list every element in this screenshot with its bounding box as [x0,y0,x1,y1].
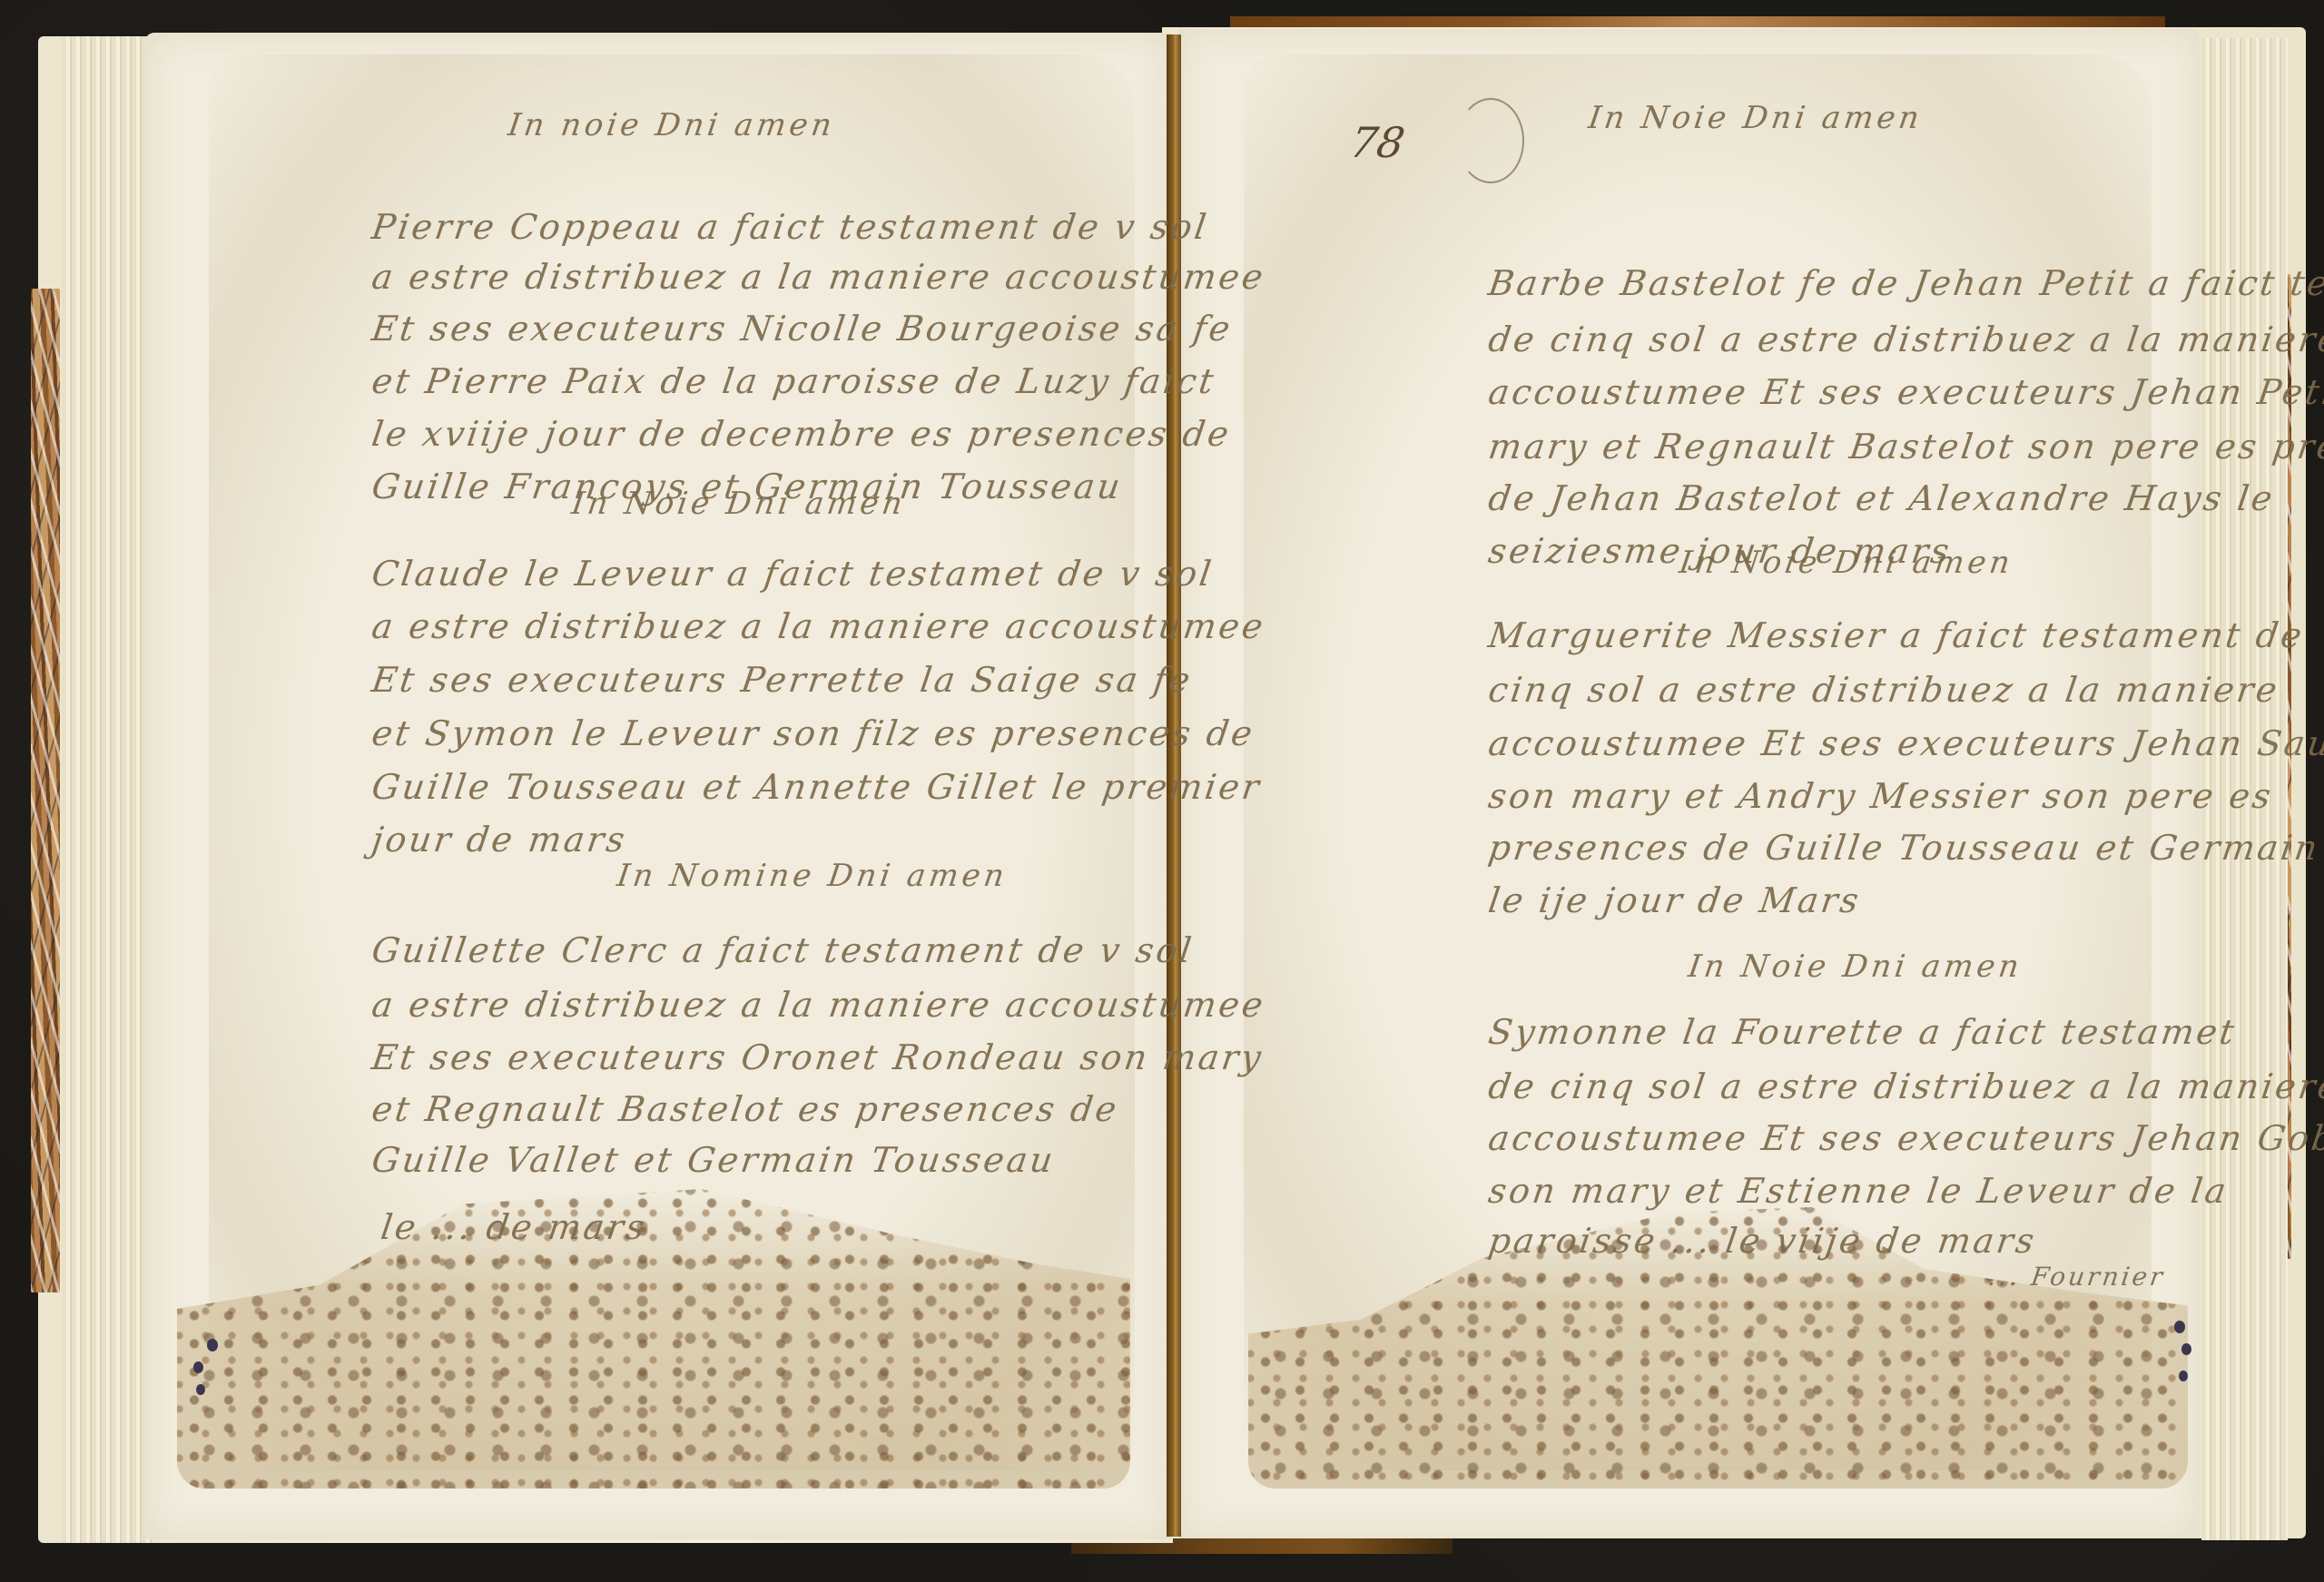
entry-line: de Jehan Bastelot et Alexandre Hays le [1486,478,2278,518]
entry-line: le ... de mars [379,1207,649,1247]
ink-spot [2181,1343,2191,1355]
ink-spot [2174,1321,2185,1333]
entry-line: Guillette Clerc a faict testament de v s… [369,930,1196,970]
entry-heading: In Noie Dni amen [1686,948,2024,985]
initial-flourish [1457,98,1524,183]
entry-line: Claude le Leveur a faict testamet de v s… [369,554,1216,594]
entry-line: paroisse ... le viije de mars [1486,1221,2039,1261]
entry-line: Guille Tousseau et Annette Gillet le pre… [369,767,1265,807]
entry-line: le ije jour de Mars [1486,880,1864,920]
entry-line: accoustumee Et ses executeurs Jehan Peti… [1486,372,2324,412]
entry-line: jour de mars [369,820,630,860]
entry-line: et Symon le Leveur son filz es presences… [369,713,1257,753]
ink-spot [207,1339,218,1351]
entry-line: le xviije jour de decembre es presences … [369,414,1234,454]
entry-line: son mary et Andry Messier son pere es [1486,776,2276,816]
entry-heading: In Nomine Dni amen [615,858,1009,894]
entry-line: presences de Guille Tousseau et Germain … [1486,828,2324,868]
entry-line: Marguerite Messier a faict testament de [1486,615,2307,655]
entry-line: et Pierre Paix de la paroisse de Luzy fa… [369,361,1218,401]
entry-line: Et ses executeurs Perrette la Saige sa f… [369,660,1196,700]
entry-line: de cinq sol a estre distribuez a la mani… [1486,319,2324,359]
entry-line: Symonne la Fourette a faict testamet [1486,1012,2240,1052]
entry-line: mary et Regnault Bastelot son pere es pr… [1486,427,2324,467]
ink-spot [193,1361,203,1373]
entry-line: Barbe Bastelot fe de Jehan Petit a faict… [1486,263,2324,303]
folio-number: 78 [1346,118,1408,167]
entry-line: ... Fournier [1986,1262,2167,1292]
entry-line: accoustumee Et ses executeurs Jehan Sauv… [1486,723,2324,763]
entry-heading: In Noie Dni amen [1586,100,1925,136]
entry-line: a estre distribuez a la maniere accoustu… [369,985,1268,1025]
entry-line: a estre distribuez a la maniere accoustu… [369,257,1268,297]
entry-line: Et ses executeurs Nicolle Bourgeoise sa … [369,309,1236,349]
entry-line: a estre distribuez a la maniere accoustu… [369,606,1268,646]
marbled-edge-left [31,289,60,1292]
ink-spot [196,1384,205,1395]
entry-line: Pierre Coppeau a faict testament de v so… [369,207,1211,247]
entry-heading: In Noie Dni amen [569,486,908,522]
entry-line: et Regnault Bastelot es presences de [369,1089,1121,1129]
entry-line: Guille Vallet et Germain Tousseau [369,1140,1058,1180]
ink-spot [2179,1371,2188,1381]
entry-line: cinq sol a estre distribuez a la maniere [1486,670,2282,710]
entry-line: de cinq sol a estre distribuez a la mani… [1486,1066,2324,1106]
entry-line: son mary et Estienne le Leveur de la [1486,1171,2231,1211]
entry-heading: In Noie Dni amen [1677,545,2015,581]
page-block-edge-left [62,36,153,1543]
entry-line: Et ses executeurs Oronet Rondeau son mar… [369,1037,1266,1077]
entry-line: accoustumee Et ses executeurs Jehan Gob.… [1486,1118,2324,1158]
entry-heading: In noie Dni amen [506,107,837,143]
